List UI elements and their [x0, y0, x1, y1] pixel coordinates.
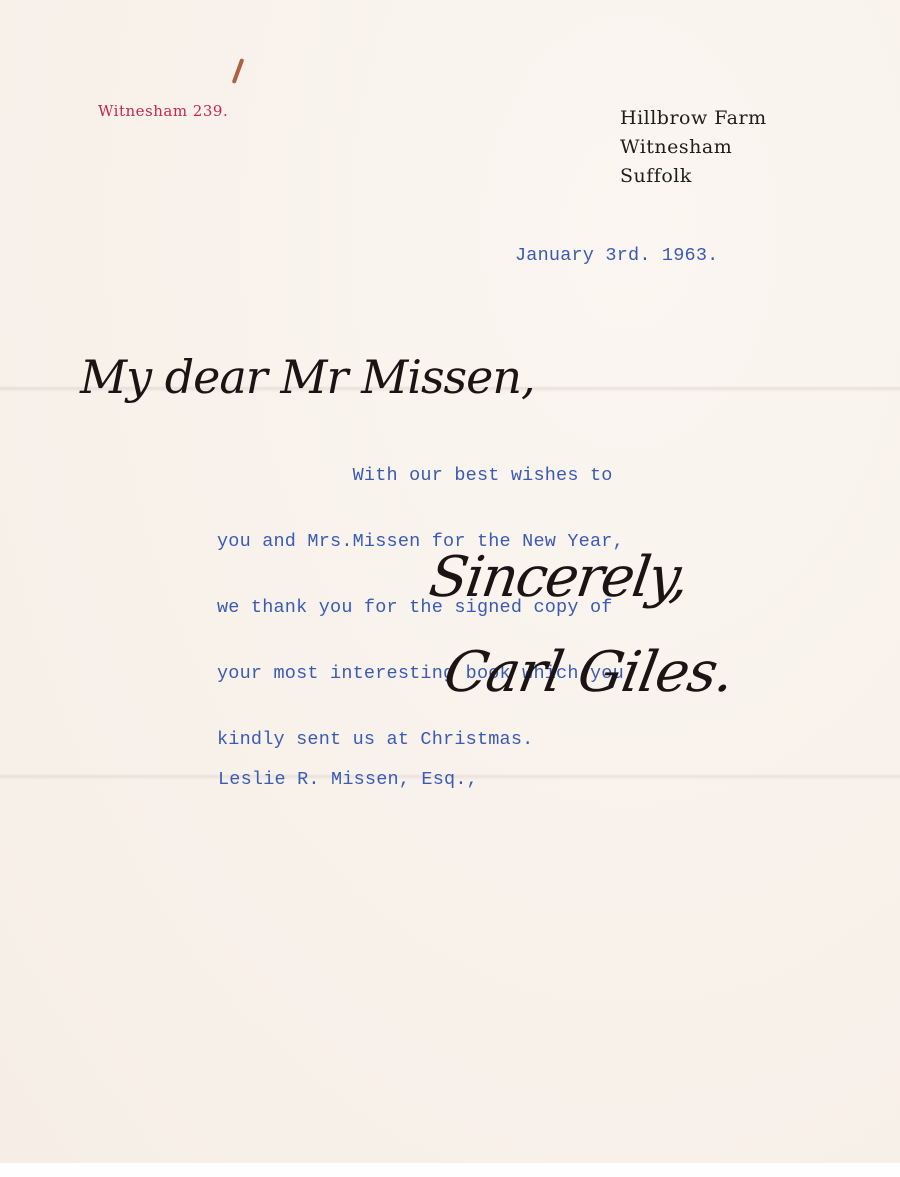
letter-date: January 3rd. 1963. — [515, 245, 718, 266]
handwritten-closing: Sincerely, — [425, 545, 691, 610]
recipient-name: Leslie R. Missen, Esq., — [218, 769, 478, 790]
address-line: Hillbrow Farm — [620, 104, 767, 133]
body-line: With our best wishes to — [217, 465, 624, 487]
handwritten-signature: Carl Giles. — [439, 640, 738, 705]
scan-border — [0, 1163, 900, 1177]
handwritten-salutation: My dear Mr Missen, — [80, 350, 535, 404]
letterhead-telephone: Witnesham 239. — [98, 102, 228, 120]
address-line: Witnesham — [620, 133, 767, 162]
letterhead-address: Hillbrow Farm Witnesham Suffolk — [620, 104, 767, 191]
ink-mark — [232, 58, 245, 84]
body-line: kindly sent us at Christmas. — [217, 729, 624, 751]
address-line: Suffolk — [620, 162, 767, 191]
letter-paper: Witnesham 239. Hillbrow Farm Witnesham S… — [0, 0, 900, 1163]
